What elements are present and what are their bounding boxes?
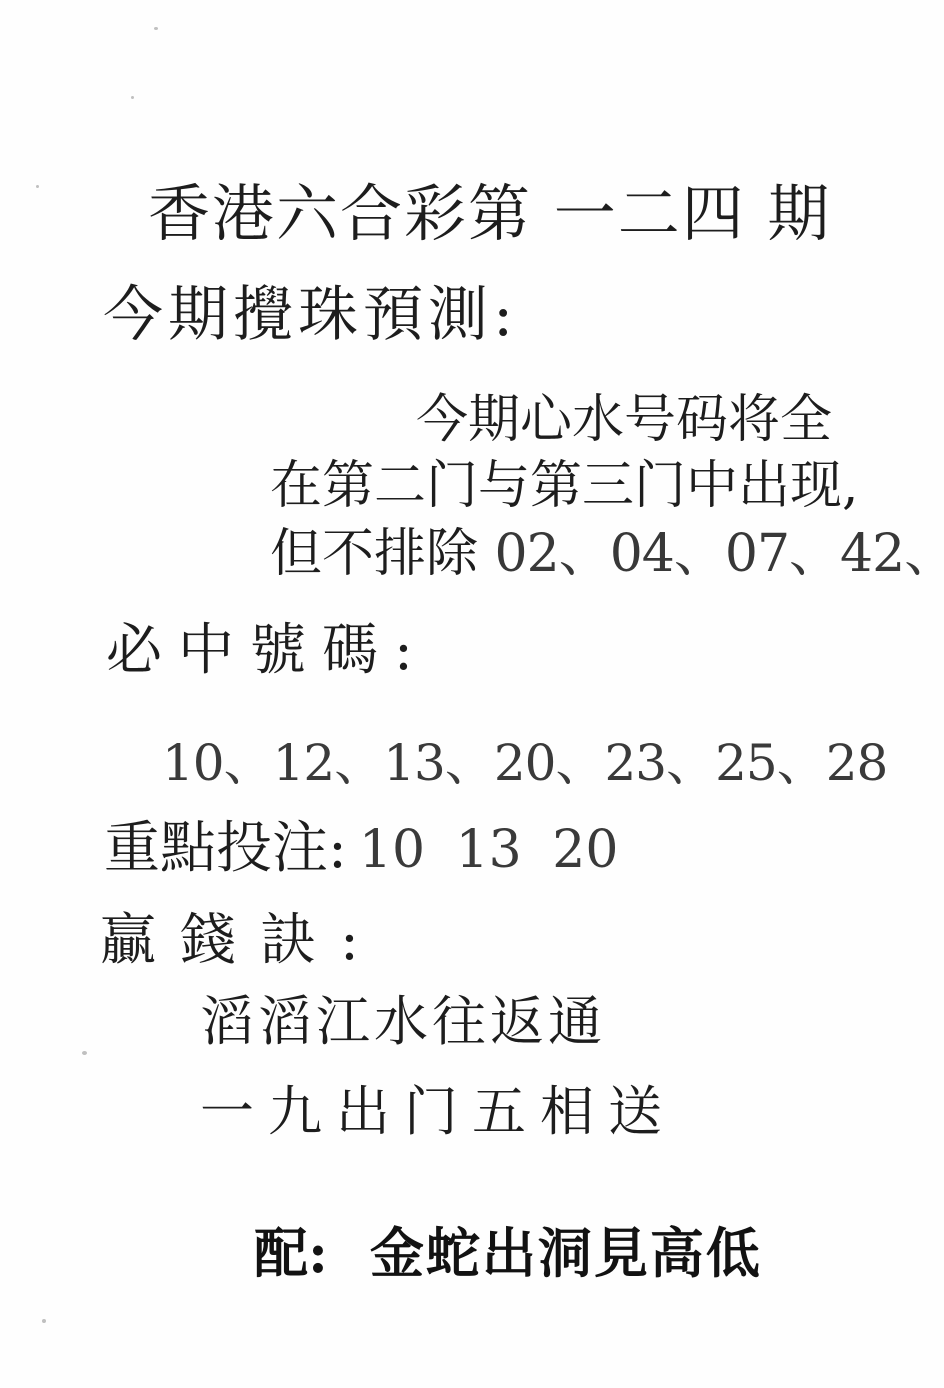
prediction-line-3-text: 但不排除	[270, 524, 495, 584]
key-bets-numbers: 10 13 20	[359, 820, 619, 880]
pairing-line: 配:金蛇出洞見高低	[254, 1224, 762, 1283]
winning-verse-line-2: 一九出门五相送	[200, 1082, 676, 1141]
winning-verse-line-1: 滔滔江水往返通	[200, 992, 606, 1051]
scan-speckle	[82, 1051, 87, 1055]
pairing-label: 配:	[254, 1221, 328, 1285]
key-bets-label: 重點投注:	[104, 816, 347, 881]
draw-prediction-heading: 今期攪珠預測:	[103, 282, 518, 348]
prediction-line-2: 在第二门与第三门中出现,	[270, 458, 859, 515]
winning-verse-label: 贏錢訣:	[100, 910, 383, 972]
scan-speckle	[36, 185, 39, 188]
prediction-line-3: 但不排除 02、04、07、42、45	[270, 526, 944, 583]
not-excluded-numbers: 02、04、07、42、45	[495, 524, 944, 584]
pairing-text: 金蛇出洞見高低	[370, 1221, 762, 1285]
scan-speckle	[42, 1319, 46, 1323]
must-hit-numbers-label: 必中號碼:	[106, 620, 429, 682]
scan-speckle	[154, 27, 158, 30]
key-bets-line: 重點投注:10 13 20	[104, 818, 618, 880]
page-title: 香港六合彩第 一二四 期	[148, 180, 831, 248]
scan-speckle	[131, 96, 134, 99]
must-hit-numbers: 10、12、13、20、23、25、28	[162, 736, 887, 791]
prediction-line-1: 今期心水号码将全	[416, 392, 832, 449]
lottery-prediction-sheet: 香港六合彩第 一二四 期 今期攪珠預測: 今期心水号码将全 在第二门与第三门中出…	[0, 0, 944, 1388]
